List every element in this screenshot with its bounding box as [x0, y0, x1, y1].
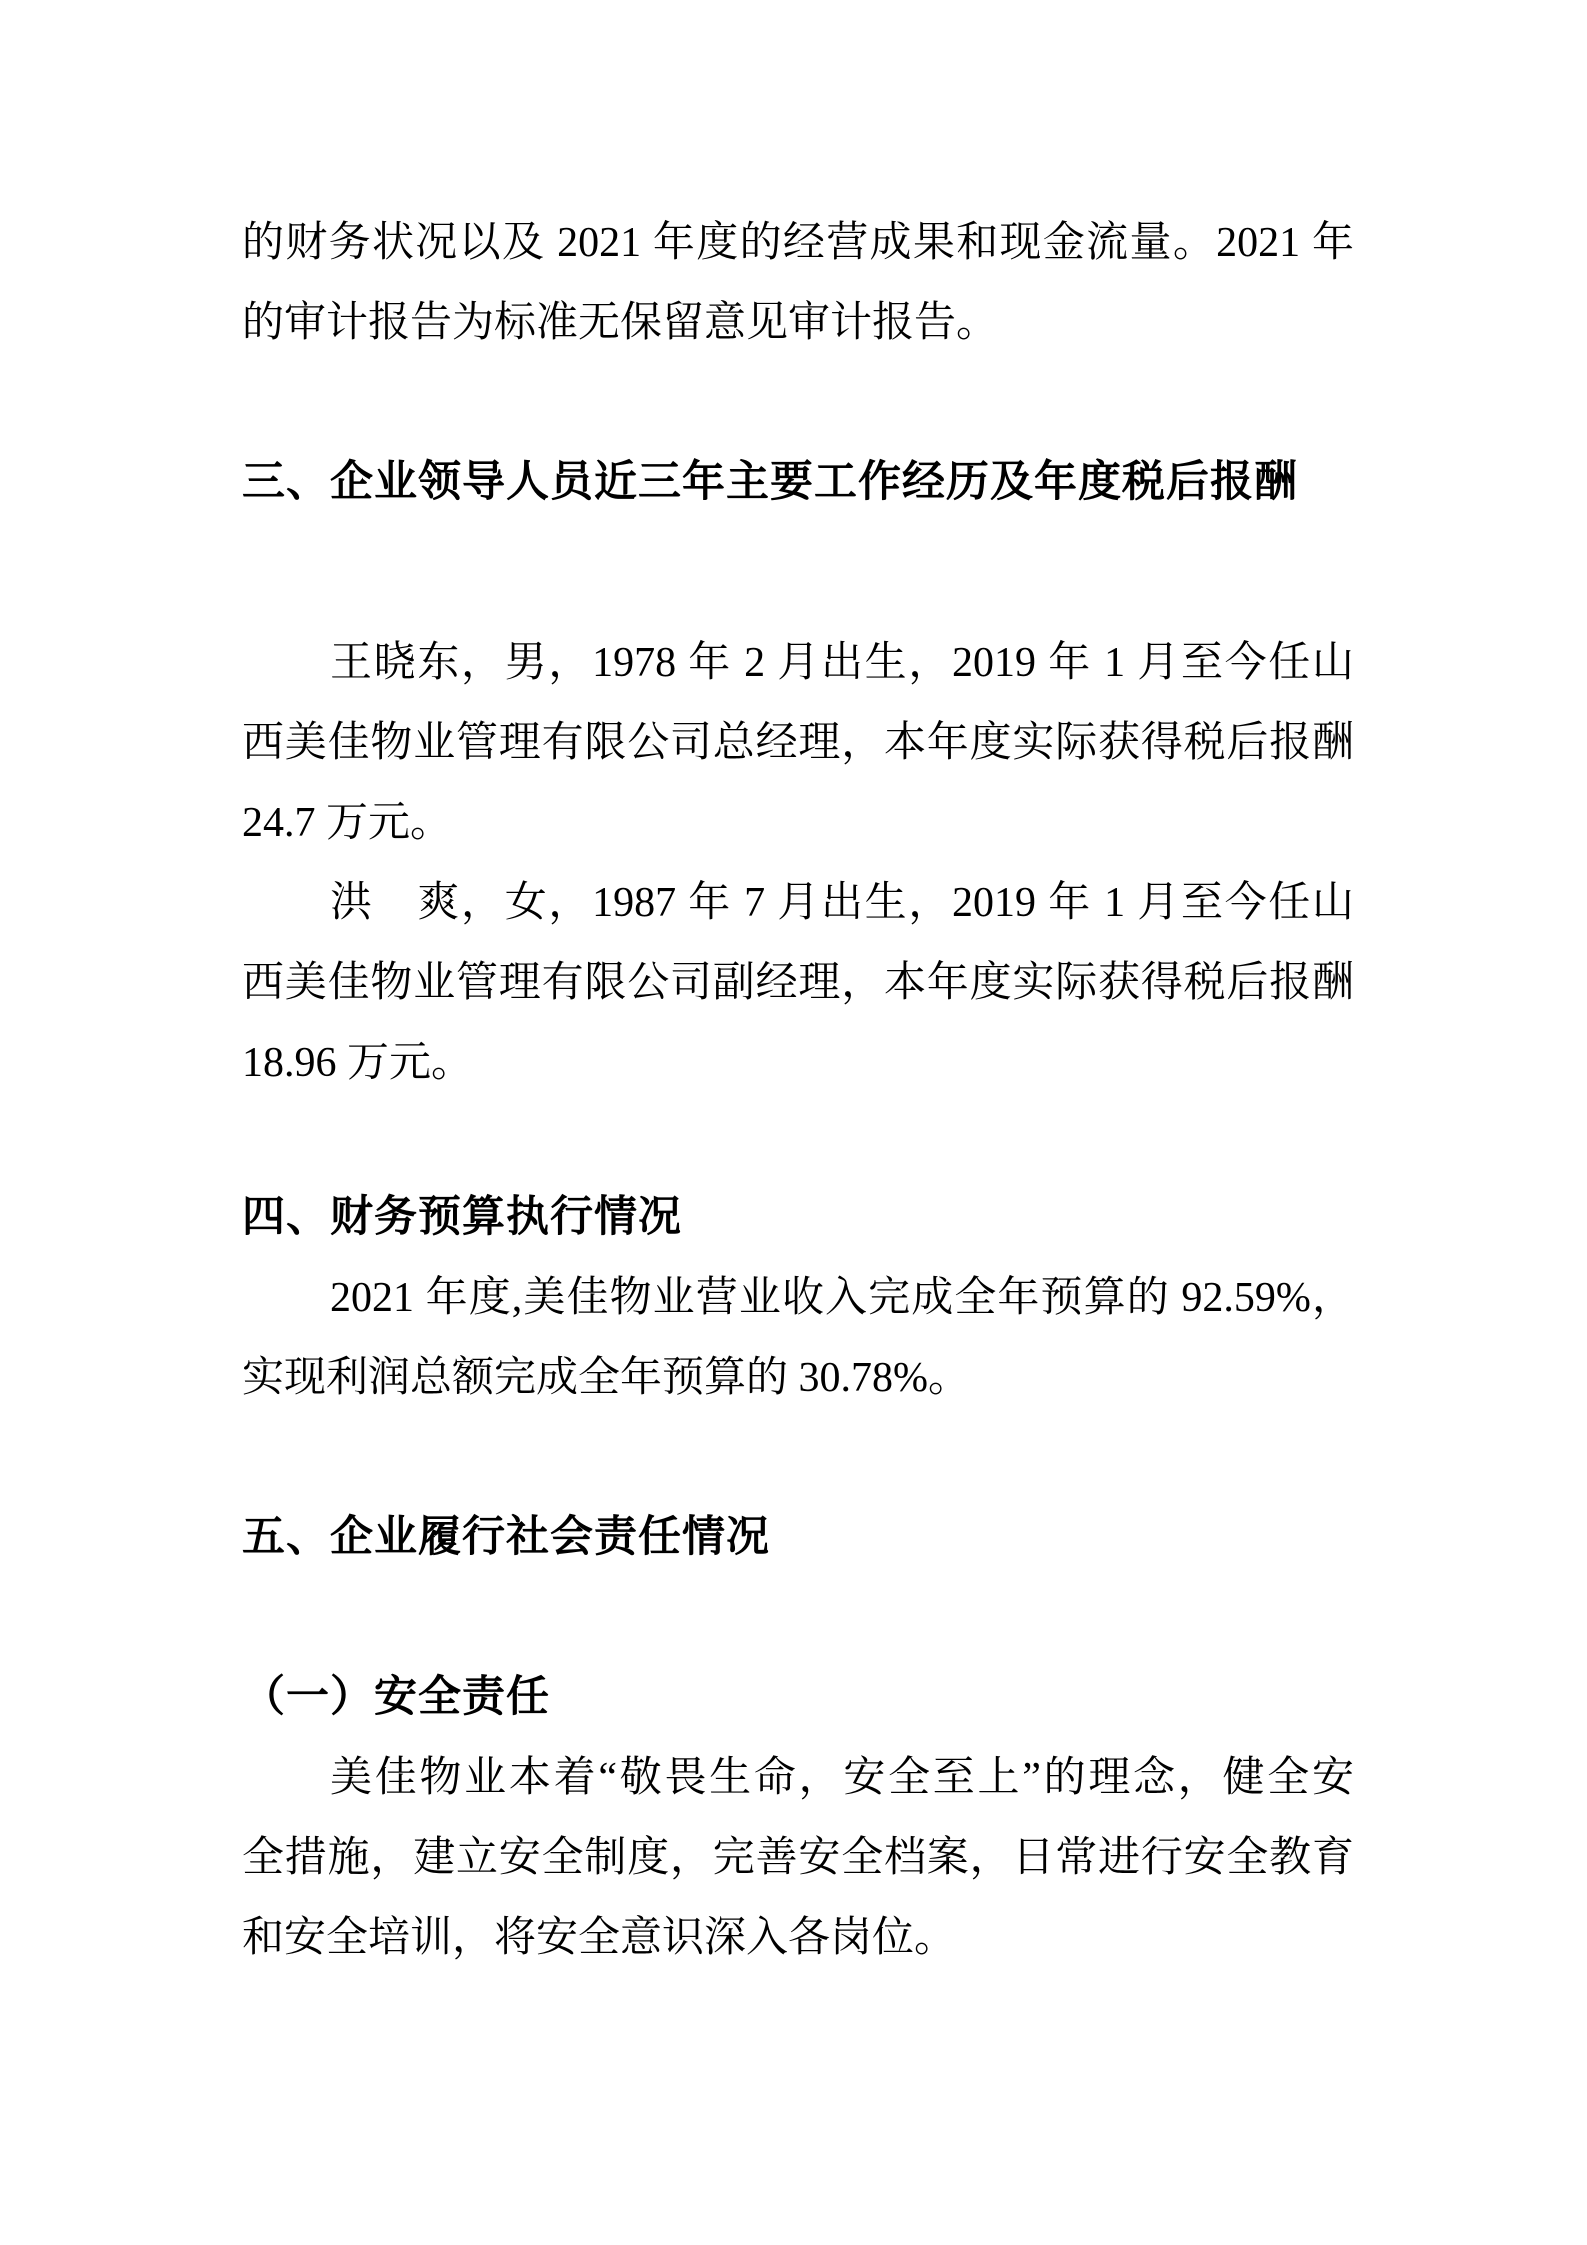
leader-2-line-2: 西美佳物业管理有限公司副经理，本年度实际获得税后报酬 [242, 943, 1354, 1023]
document-text-block: 的财务状况以及 2021 年度的经营成果和现金流量。2021 年 的审计报告为标… [0, 0, 1587, 1978]
safety-paragraph-line-1: 美佳物业本着“敬畏生命，安全至上”的理念，健全安 [242, 1738, 1354, 1818]
safety-paragraph-line-3: 和安全培训，将安全意识深入各岗位。 [242, 1898, 1354, 1978]
leader-1-line-3: 24.7 万元。 [242, 783, 1354, 863]
budget-paragraph-line-1: 2021 年度,美佳物业营业收入完成全年预算的 92.59%， [242, 1258, 1354, 1338]
audit-paragraph-line-1: 的财务状况以及 2021 年度的经营成果和现金流量。2021 年 [242, 203, 1354, 283]
section-4-heading: 四、财务预算执行情况 [242, 1178, 1354, 1258]
document-page: 的财务状况以及 2021 年度的经营成果和现金流量。2021 年 的审计报告为标… [0, 0, 1587, 2245]
section-5-heading: 五、企业履行社会责任情况 [242, 1498, 1354, 1578]
safety-paragraph-line-2: 全措施，建立安全制度，完善安全档案，日常进行安全教育 [242, 1818, 1354, 1898]
budget-paragraph-line-2: 实现利润总额完成全年预算的 30.78%。 [242, 1338, 1354, 1418]
subsection-1-heading: （一）安全责任 [242, 1658, 1354, 1738]
leader-1-line-2: 西美佳物业管理有限公司总经理，本年度实际获得税后报酬 [242, 703, 1354, 783]
audit-paragraph-line-2: 的审计报告为标准无保留意见审计报告。 [242, 283, 1354, 363]
leader-2-line-1: 洪 爽，女，1987 年 7 月出生，2019 年 1 月至今任山 [242, 863, 1354, 943]
leader-2-line-3: 18.96 万元。 [242, 1023, 1354, 1103]
leader-1-line-1: 王晓东，男，1978 年 2 月出生，2019 年 1 月至今任山 [242, 623, 1354, 703]
section-3-heading: 三、企业领导人员近三年主要工作经历及年度税后报酬 [242, 443, 1354, 523]
